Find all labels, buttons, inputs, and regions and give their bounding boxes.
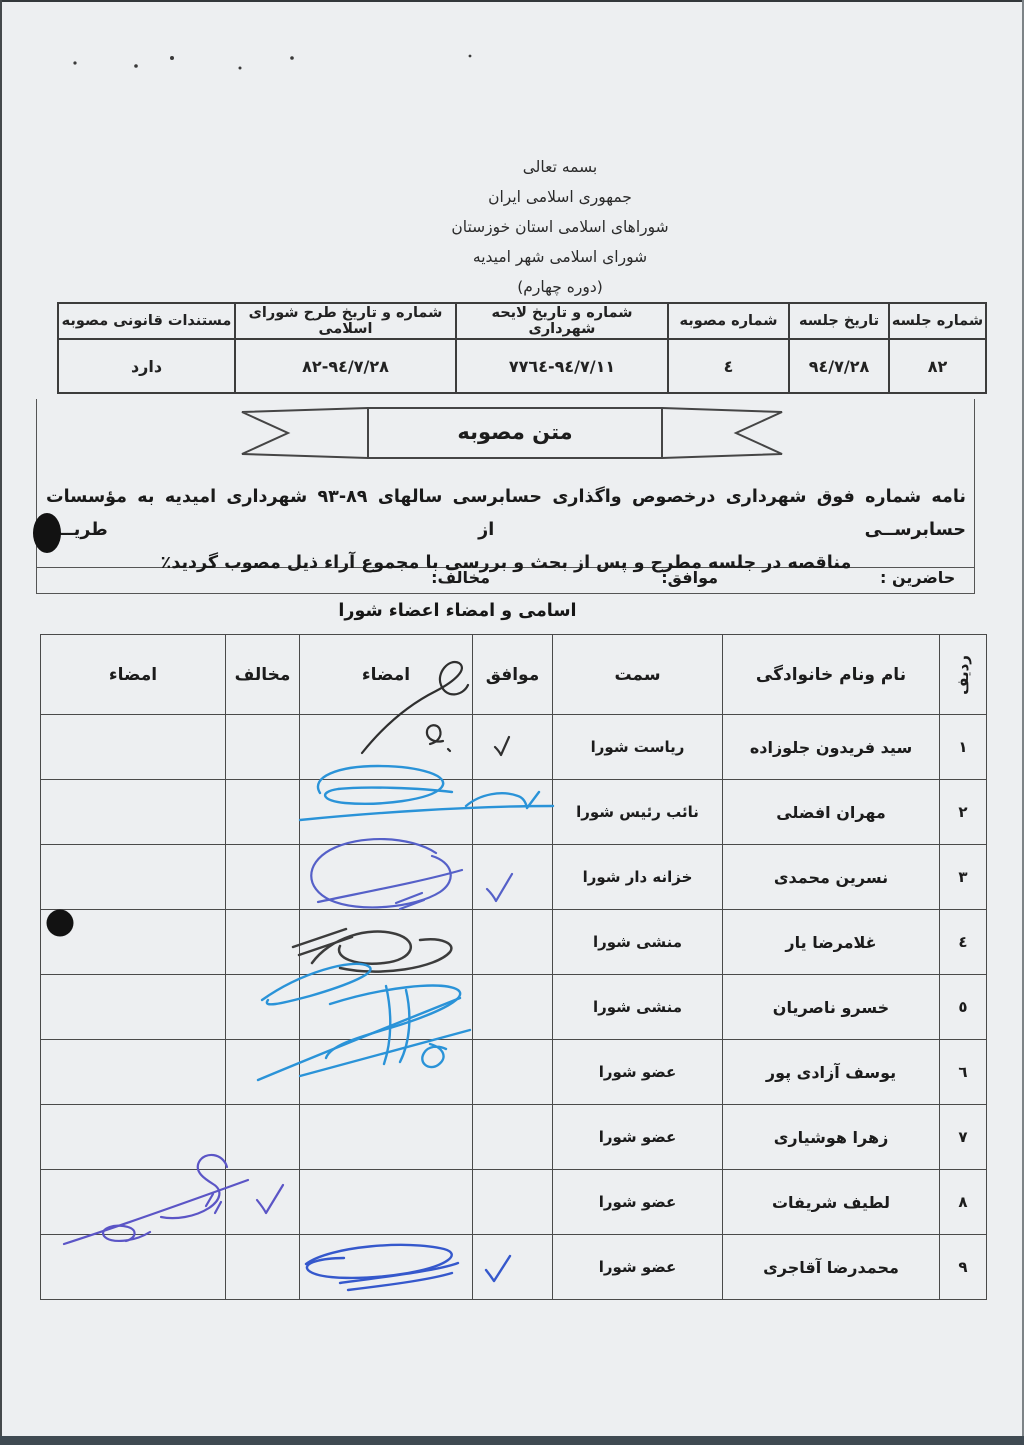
member-row-no: ٦ <box>940 1040 987 1105</box>
meta-header-legal-docs: مستندات قانونی مصوبه <box>58 303 235 339</box>
member-agree-cell <box>473 1170 553 1235</box>
member-oppose-cell <box>226 1040 300 1105</box>
member-row-no: ٥ <box>940 975 987 1040</box>
member-row: ٥ خسرو ناصریان منشی شورا <box>41 975 987 1040</box>
members-header-position: سمت <box>553 635 723 715</box>
member-agree-cell <box>473 780 553 845</box>
member-signature-cell-2 <box>41 845 226 910</box>
member-agree-cell <box>473 845 553 910</box>
member-row: ٧ زهرا هوشیاری عضو شورا <box>41 1105 987 1170</box>
ribbon-left-tail <box>242 408 368 458</box>
member-name: غلامرضا یار <box>723 910 940 975</box>
member-position: نائب رئیس شورا <box>553 780 723 845</box>
scan-edge-top <box>0 0 1024 2</box>
meta-header-bill-no-date: شماره و تاریخ لایحه شهرداری <box>456 303 668 339</box>
member-position: خزانه دار شورا <box>553 845 723 910</box>
member-position: ریاست شورا <box>553 715 723 780</box>
member-oppose-cell <box>226 975 300 1040</box>
member-signature-cell-1 <box>300 715 473 780</box>
member-agree-cell <box>473 910 553 975</box>
member-name: لطیف شریفات <box>723 1170 940 1235</box>
member-signature-cell-1 <box>300 1235 473 1300</box>
letterhead: بسمه تعالی جمهوری اسلامی ایران شوراهای ا… <box>330 152 790 302</box>
member-name: محمدرضا آقاجری <box>723 1235 940 1300</box>
member-agree-cell <box>473 975 553 1040</box>
member-signature-cell-1 <box>300 1105 473 1170</box>
member-signature-cell-2 <box>41 1170 226 1235</box>
member-signature-cell-1 <box>300 1040 473 1105</box>
member-name: مهران افضلی <box>723 780 940 845</box>
members-header-oppose: مخالف <box>226 635 300 715</box>
member-oppose-cell <box>226 910 300 975</box>
members-header-agree: موافق <box>473 635 553 715</box>
member-row: ٢ مهران افضلی نائب رئیس شورا <box>41 780 987 845</box>
member-signature-cell-1 <box>300 910 473 975</box>
scan-edge-bottom <box>0 1436 1024 1445</box>
members-header-row-no: ردیف <box>940 635 987 715</box>
member-position: منشی شورا <box>553 910 723 975</box>
members-header-row: ردیف نام ونام خانوادگی سمت موافق امضاء م… <box>41 635 987 715</box>
member-agree-cell <box>473 1105 553 1170</box>
member-agree-cell <box>473 1040 553 1105</box>
member-row: ٨ لطیف شریفات عضو شورا <box>41 1170 987 1235</box>
member-name: خسرو ناصریان <box>723 975 940 1040</box>
meta-value-session-date: ٩٤/٧/٢٨ <box>789 339 889 393</box>
member-agree-cell <box>473 1235 553 1300</box>
letterhead-city-council: شورای اسلامی شهر امیدیه <box>330 242 790 272</box>
member-row: ٦ یوسف آزادی پور عضو شورا <box>41 1040 987 1105</box>
member-position: عضو شورا <box>553 1235 723 1300</box>
member-row: ١ سید فریدون جلوزاده ریاست شورا <box>41 715 987 780</box>
members-header-signature-2: امضاء <box>41 635 226 715</box>
member-row-no: ٢ <box>940 780 987 845</box>
member-signature-cell-2 <box>41 1235 226 1300</box>
meta-header-row: شماره جلسه تاریخ جلسه شماره مصوبه شماره … <box>58 303 986 339</box>
member-agree-cell <box>473 715 553 780</box>
member-oppose-cell <box>226 1235 300 1300</box>
members-table-body: ١ سید فریدون جلوزاده ریاست شورا ٢ مهران … <box>41 715 987 1300</box>
agree-label: موافق: <box>648 568 718 587</box>
member-position: عضو شورا <box>553 1105 723 1170</box>
letterhead-term: (دوره چهارم) <box>330 272 790 302</box>
member-signature-cell-2 <box>41 975 226 1040</box>
ribbon-right-tail <box>662 408 782 458</box>
meta-value-legal-docs: دارد <box>58 339 235 393</box>
scanned-document-page: بسمه تعالی جمهوری اسلامی ایران شوراهای ا… <box>0 0 1024 1445</box>
meta-value-resolution-no: ٤ <box>668 339 789 393</box>
members-section-title: اسامی و امضاء اعضاء شورا <box>0 601 915 621</box>
letterhead-bismillah: بسمه تعالی <box>330 152 790 182</box>
member-signature-cell-1 <box>300 975 473 1040</box>
member-signature-cell-2 <box>41 1040 226 1105</box>
present-label: حاضرین : <box>880 568 980 587</box>
resolution-text: نامه شماره فوق شهرداری درخصوص واگذاری حس… <box>46 481 966 580</box>
member-oppose-cell <box>226 845 300 910</box>
member-position: عضو شورا <box>553 1170 723 1235</box>
member-signature-cell-2 <box>41 715 226 780</box>
member-signature-cell-1 <box>300 845 473 910</box>
members-header-signature-1: امضاء <box>300 635 473 715</box>
member-name: نسرین محمدی <box>723 845 940 910</box>
member-oppose-cell <box>226 1105 300 1170</box>
resolution-line-1: نامه شماره فوق شهرداری درخصوص واگذاری حس… <box>46 481 966 547</box>
member-name: سید فریدون جلوزاده <box>723 715 940 780</box>
member-oppose-cell <box>226 780 300 845</box>
member-row-no: ٩ <box>940 1235 987 1300</box>
meta-header-session-date: تاریخ جلسه <box>789 303 889 339</box>
member-oppose-cell <box>226 715 300 780</box>
meta-table: شماره جلسه تاریخ جلسه شماره مصوبه شماره … <box>57 302 987 394</box>
member-row-no: ٧ <box>940 1105 987 1170</box>
member-row-no: ٤ <box>940 910 987 975</box>
meta-value-bill-no-date: ٩٤/٧/١١-٧٧٦٤ <box>456 339 668 393</box>
member-signature-cell-2 <box>41 780 226 845</box>
member-signature-cell-2 <box>41 1105 226 1170</box>
member-row: ٩ محمدرضا آقاجری عضو شورا <box>41 1235 987 1300</box>
member-row-no: ٣ <box>940 845 987 910</box>
member-row: ٤ غلامرضا یار منشی شورا <box>41 910 987 975</box>
member-row-no: ١ <box>940 715 987 780</box>
meta-header-plan-no-date: شماره و تاریخ طرح شورای اسلامی <box>235 303 456 339</box>
member-signature-cell-2 <box>41 910 226 975</box>
member-signature-cell-1 <box>300 780 473 845</box>
member-name: زهرا هوشیاری <box>723 1105 940 1170</box>
meta-value-session-no: ٨٢ <box>889 339 986 393</box>
member-row-no: ٨ <box>940 1170 987 1235</box>
member-signature-cell-1 <box>300 1170 473 1235</box>
member-row: ٣ نسرین محمدی خزانه دار شورا <box>41 845 987 910</box>
meta-header-resolution-no: شماره مصوبه <box>668 303 789 339</box>
oppose-label: مخالف: <box>415 568 490 587</box>
scan-specks <box>73 55 471 70</box>
resolution-banner-title: متن مصوبه <box>368 407 662 457</box>
scan-edge-left <box>0 0 2 1445</box>
meta-header-session-no: شماره جلسه <box>889 303 986 339</box>
resolution-line-2: مناقصه در جلسه مطرح و پس از بحث و بررسی … <box>46 547 966 580</box>
members-table: ردیف نام ونام خانوادگی سمت موافق امضاء م… <box>40 634 987 1300</box>
member-name: یوسف آزادی پور <box>723 1040 940 1105</box>
letterhead-country: جمهوری اسلامی ایران <box>330 182 790 212</box>
member-oppose-cell <box>226 1170 300 1235</box>
member-position: منشی شورا <box>553 975 723 1040</box>
letterhead-province-councils: شوراهای اسلامی استان خوزستان <box>330 212 790 242</box>
meta-value-plan-no-date: ٩٤/٧/٢٨-٨٢ <box>235 339 456 393</box>
members-header-name: نام ونام خانوادگی <box>723 635 940 715</box>
meta-value-row: ٨٢ ٩٤/٧/٢٨ ٤ ٩٤/٧/١١-٧٧٦٤ ٩٤/٧/٢٨-٨٢ دار… <box>58 339 986 393</box>
member-position: عضو شورا <box>553 1040 723 1105</box>
